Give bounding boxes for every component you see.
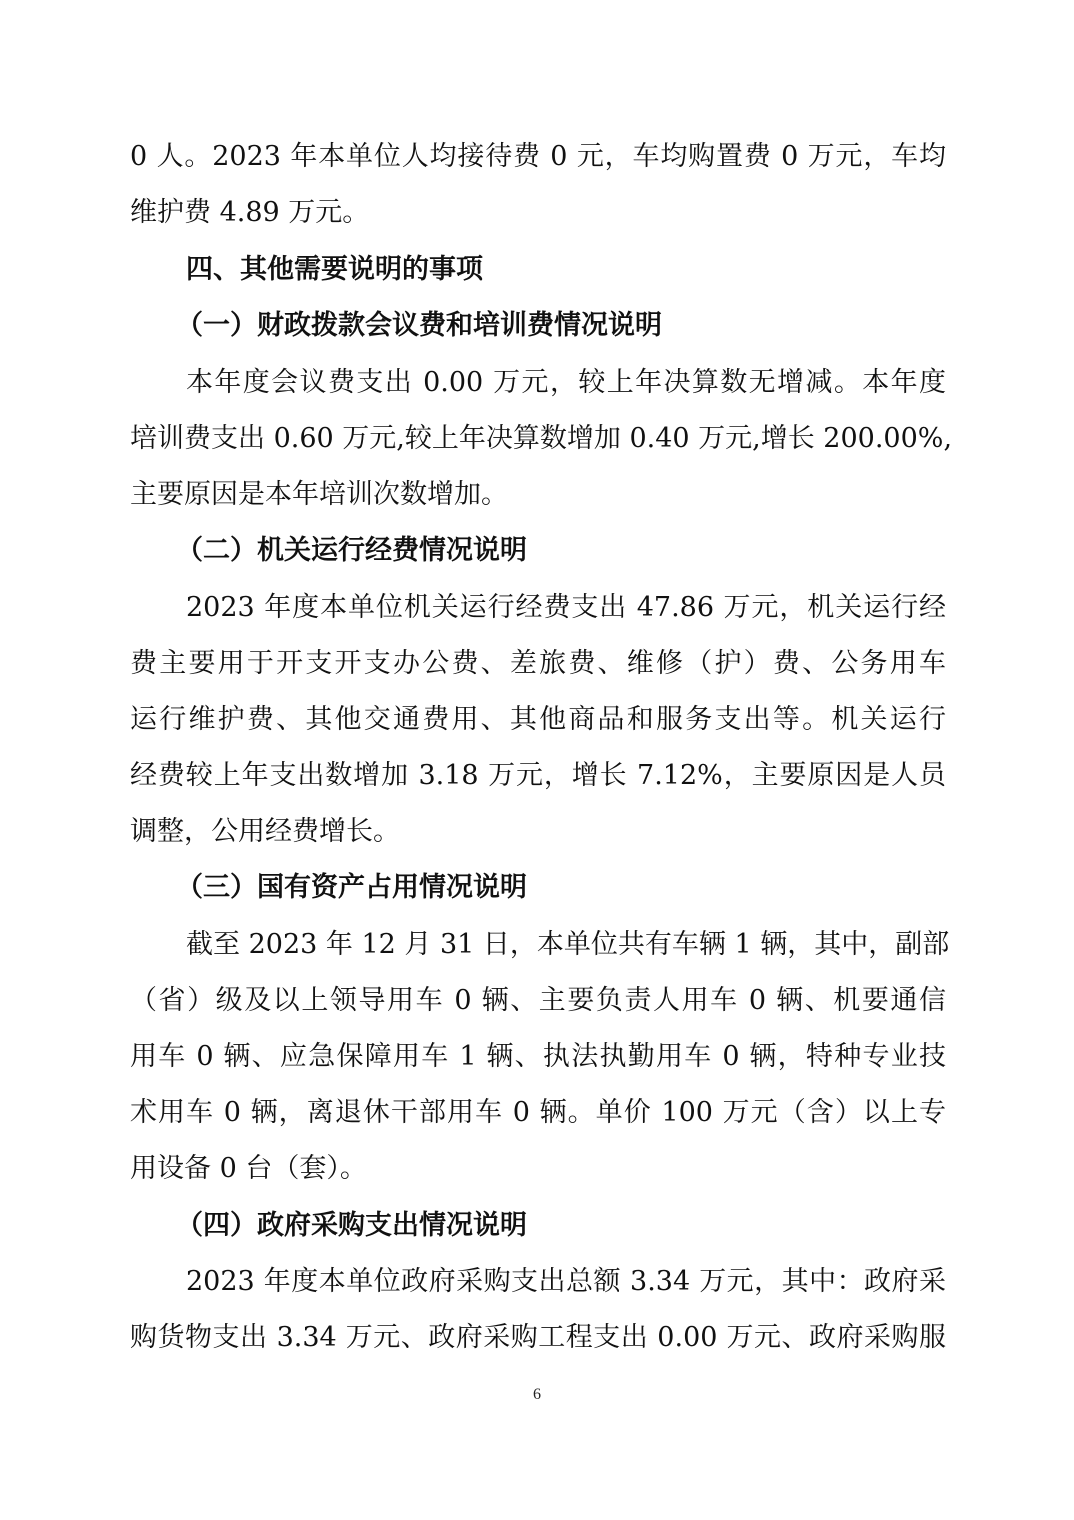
paragraph-line: 2023 年度本单位政府采购支出总额 3.34 万元，其中：政府采 — [186, 1262, 946, 1302]
subsection-heading-1: （一）财政拨款会议费和培训费情况说明 — [176, 306, 662, 346]
subsection-heading-3: （三）国有资产占用情况说明 — [176, 868, 527, 908]
paragraph-line: 费主要用于开支开支办公费、差旅费、维修（护）费、公务用车 — [130, 644, 946, 684]
paragraph-line: 主要原因是本年培训次数增加。 — [130, 475, 946, 515]
document-page: 0 人。2023 年本单位人均接待费 0 元，车均购置费 0 万元，车均 维护费… — [0, 0, 1074, 1520]
paragraph-line: 0 人。2023 年本单位人均接待费 0 元，车均购置费 0 万元，车均 — [130, 137, 946, 177]
paragraph-line: 本年度会议费支出 0.00 万元，较上年决算数无增减。本年度 — [186, 363, 946, 403]
page-number: 6 — [0, 1386, 1074, 1404]
subsection-heading-2: （二）机关运行经费情况说明 — [176, 531, 527, 571]
paragraph-line: 调整，公用经费增长。 — [130, 812, 946, 852]
paragraph-line: 经费较上年支出数增加 3.18 万元，增长 7.12%，主要原因是人员 — [130, 756, 946, 796]
paragraph-line: 维护费 4.89 万元。 — [130, 193, 946, 233]
section-heading: 四、其他需要说明的事项 — [186, 250, 483, 290]
paragraph-line: 用设备 0 台（套）。 — [130, 1149, 946, 1189]
paragraph-line: 截至 2023 年 12 月 31 日，本单位共有车辆 1 辆，其中，副部 — [186, 925, 946, 965]
paragraph-line: 运行维护费、其他交通费用、其他商品和服务支出等。机关运行 — [130, 700, 946, 740]
paragraph-line: 2023 年度本单位机关运行经费支出 47.86 万元，机关运行经 — [186, 588, 946, 628]
paragraph-line: 购货物支出 3.34 万元、政府采购工程支出 0.00 万元、政府采购服 — [130, 1318, 946, 1358]
paragraph-line: 术用车 0 辆，离退休干部用车 0 辆。单价 100 万元（含）以上专 — [130, 1093, 946, 1133]
paragraph-line: 培训费支出 0.60 万元,较上年决算数增加 0.40 万元,增长 200.00… — [130, 419, 946, 459]
subsection-heading-4: （四）政府采购支出情况说明 — [176, 1206, 527, 1246]
paragraph-line: （省）级及以上领导用车 0 辆、主要负责人用车 0 辆、机要通信 — [130, 981, 946, 1021]
paragraph-line: 用车 0 辆、应急保障用车 1 辆、执法执勤用车 0 辆，特种专业技 — [130, 1037, 946, 1077]
